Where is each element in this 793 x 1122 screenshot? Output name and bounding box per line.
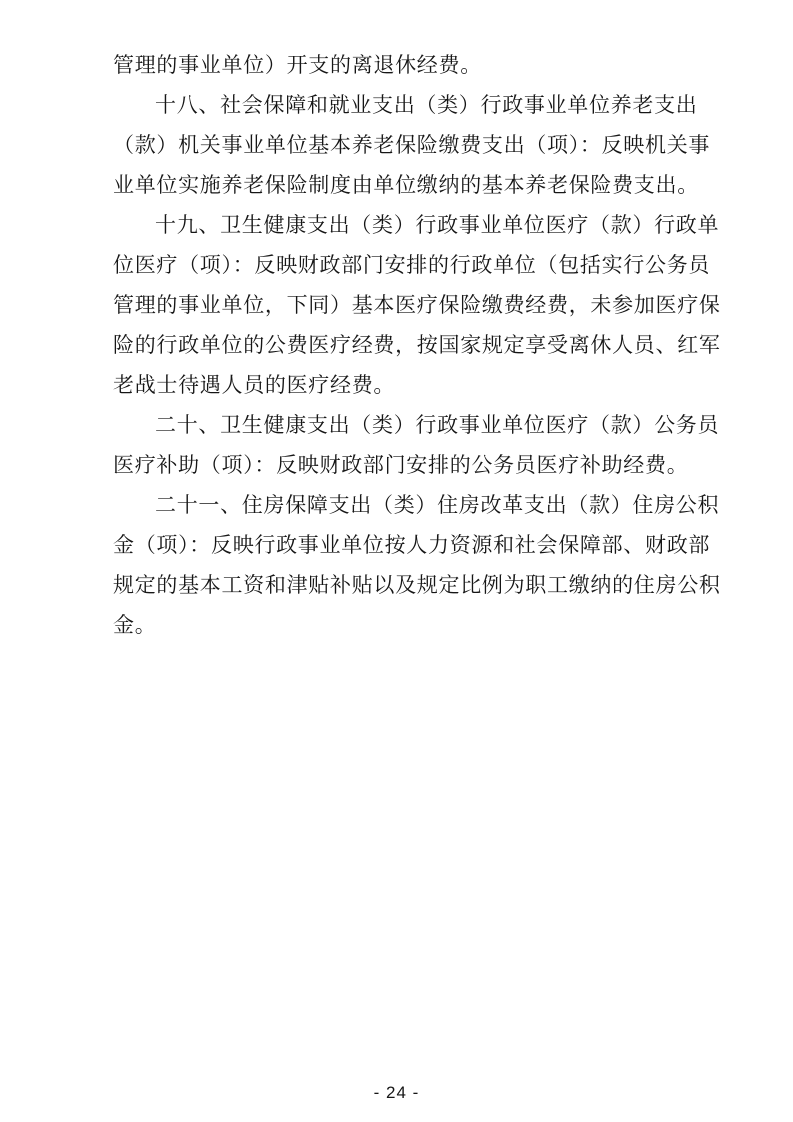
text-line: 险的行政单位的公费医疗经费，按国家规定享受离休人员、红军 <box>113 325 723 365</box>
text-line: 规定的基本工资和津贴补贴以及规定比例为职工缴纳的住房公积 <box>113 565 723 605</box>
document-page: 管理的事业单位）开支的离退休经费。十八、社会保障和就业支出（类）行政事业单位养老… <box>0 0 793 1122</box>
text-line: 业单位实施养老保险制度由单位缴纳的基本养老保险费支出。 <box>113 165 723 205</box>
text-line: 老战士待遇人员的医疗经费。 <box>113 365 723 405</box>
page-number: - 24 - <box>0 1082 793 1104</box>
text-line: 管理的事业单位）开支的离退休经费。 <box>113 45 723 85</box>
text-line: （款）机关事业单位基本养老保险缴费支出（项）：反映机关事 <box>113 125 723 165</box>
paragraph: 十八、社会保障和就业支出（类）行政事业单位养老支出（款）机关事业单位基本养老保险… <box>113 85 723 205</box>
text-line: 管理的事业单位，下同）基本医疗保险缴费经费，未参加医疗保 <box>113 285 723 325</box>
text-line: 二十、卫生健康支出（类）行政事业单位医疗（款）公务员 <box>113 405 723 445</box>
text-line: 位医疗（项）：反映财政部门安排的行政单位（包括实行公务员 <box>113 245 723 285</box>
text-line: 金。 <box>113 605 723 645</box>
paragraph-continuation: 管理的事业单位）开支的离退休经费。 <box>113 45 723 85</box>
text-line: 医疗补助（项）：反映财政部门安排的公务员医疗补助经费。 <box>113 445 723 485</box>
text-line: 金（项）：反映行政事业单位按人力资源和社会保障部、财政部 <box>113 525 723 565</box>
text-line: 十九、卫生健康支出（类）行政事业单位医疗（款）行政单 <box>113 205 723 245</box>
text-line: 二十一、住房保障支出（类）住房改革支出（款）住房公积 <box>113 485 723 525</box>
document-body-text: 管理的事业单位）开支的离退休经费。十八、社会保障和就业支出（类）行政事业单位养老… <box>113 45 723 645</box>
paragraph: 十九、卫生健康支出（类）行政事业单位医疗（款）行政单位医疗（项）：反映财政部门安… <box>113 205 723 405</box>
paragraph: 二十、卫生健康支出（类）行政事业单位医疗（款）公务员医疗补助（项）：反映财政部门… <box>113 405 723 485</box>
paragraph: 二十一、住房保障支出（类）住房改革支出（款）住房公积金（项）：反映行政事业单位按… <box>113 485 723 645</box>
text-line: 十八、社会保障和就业支出（类）行政事业单位养老支出 <box>113 85 723 125</box>
